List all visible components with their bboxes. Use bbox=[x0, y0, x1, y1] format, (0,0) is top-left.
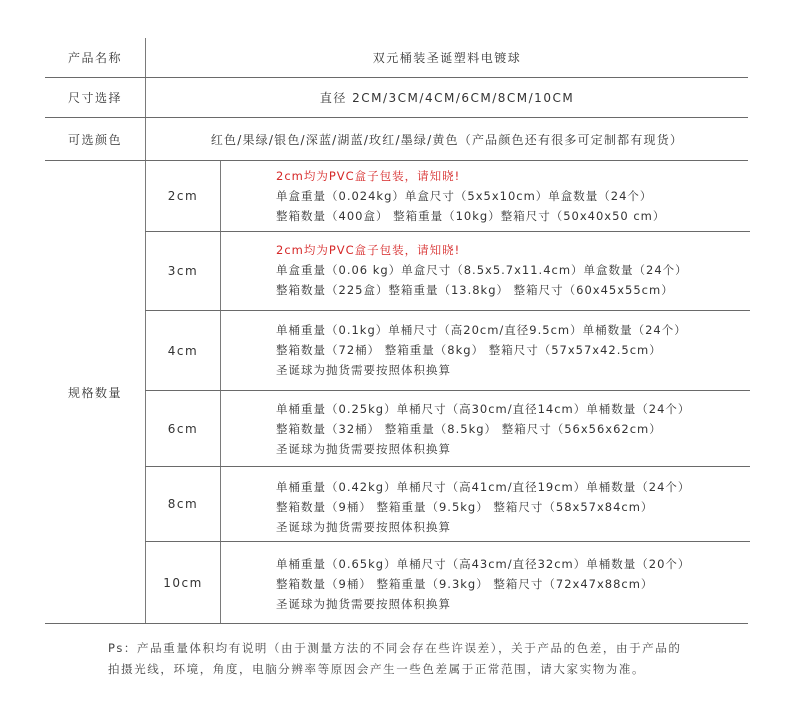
spec-line: 圣诞球为抛货需要按照体积换算 bbox=[276, 594, 690, 614]
spec-line: 单桶重量（0.25kg）单桶尺寸（高30cm/直径14cm）单桶数量（24个） bbox=[276, 399, 690, 419]
spec-size-10cm: 10cm bbox=[146, 542, 220, 623]
spec-line: 单盒重量（0.024kg）单盒尺寸（5x5x10cm）单盒数量（24个） bbox=[276, 186, 665, 206]
spec-size-6cm: 6cm bbox=[146, 391, 220, 466]
spec-line: 圣诞球为抛货需要按照体积换算 bbox=[276, 360, 687, 380]
spec-line: 整箱数量（225盒）整箱重量（13.8kg） 整箱尺寸（60x45x55cm） bbox=[276, 280, 688, 300]
spec-details-8cm: 单桶重量（0.42kg）单桶尺寸（高41cm/直径19cm）单桶数量（24个） … bbox=[276, 477, 690, 537]
spec-line: 单桶重量（0.1kg）单桶尺寸（高20cm/直径9.5cm）单桶数量（24个） bbox=[276, 320, 687, 340]
spec-line: 单桶重量（0.65kg）单桶尺寸（高43cm/直径32cm）单桶数量（20个） bbox=[276, 554, 690, 574]
row-divider bbox=[145, 390, 750, 391]
spec-details-6cm: 单桶重量（0.25kg）单桶尺寸（高30cm/直径14cm）单桶数量（24个） … bbox=[276, 399, 690, 459]
spec-details-10cm: 单桶重量（0.65kg）单桶尺寸（高43cm/直径32cm）单桶数量（20个） … bbox=[276, 554, 690, 614]
row-label-specs: 规格数量 bbox=[45, 161, 145, 623]
spec-size-2cm: 2cm bbox=[146, 161, 220, 231]
spec-line: 圣诞球为抛货需要按照体积换算 bbox=[276, 517, 690, 537]
spec-details-4cm: 单桶重量（0.1kg）单桶尺寸（高20cm/直径9.5cm）单桶数量（24个） … bbox=[276, 320, 687, 380]
row-label-colors: 可选颜色 bbox=[45, 118, 145, 160]
packaging-warning: 2cm均为PVC盒子包装，请知晓! bbox=[276, 240, 688, 260]
disclaimer-line-2: 拍摄光线，环境，角度，电脑分辨率等原因会产生一些色差属于正常范围，请大家实物为准… bbox=[108, 659, 681, 680]
table-col-divider-size bbox=[220, 160, 221, 623]
row-label-product-name: 产品名称 bbox=[45, 38, 145, 77]
spec-line: 整箱数量（400盒） 整箱重量（10kg）整箱尺寸（50x40x50 cm） bbox=[276, 206, 665, 226]
packaging-warning: 2cm均为PVC盒子包装，请知晓! bbox=[276, 166, 665, 186]
disclaimer-line-1: Ps：产品重量体积均有说明（由于测量方法的不同会存在些许误差），关于产品的色差，… bbox=[108, 638, 681, 659]
spec-line: 单盒重量（0.06 kg）单盒尺寸（8.5x5.7x11.4cm）单盒数量（24… bbox=[276, 260, 688, 280]
spec-size-8cm: 8cm bbox=[146, 467, 220, 541]
row-divider bbox=[145, 541, 750, 542]
spec-line: 整箱数量（32桶） 整箱重量（8.5kg） 整箱尺寸（56x56x62cm） bbox=[276, 419, 690, 439]
spec-line: 圣诞球为抛货需要按照体积换算 bbox=[276, 439, 690, 459]
row-label-size-options: 尺寸选择 bbox=[45, 78, 145, 117]
spec-details-2cm: 2cm均为PVC盒子包装，请知晓! 单盒重量（0.024kg）单盒尺寸（5x5x… bbox=[276, 166, 665, 226]
row-divider bbox=[145, 466, 750, 467]
spec-line: 整箱数量（9桶） 整箱重量（9.5kg） 整箱尺寸（58x57x84cm） bbox=[276, 497, 690, 517]
spec-line: 整箱数量（72桶） 整箱重量（8kg） 整箱尺寸（57x57x42.5cm） bbox=[276, 340, 687, 360]
product-name-value: 双元桶装圣诞塑料电镀球 bbox=[146, 38, 748, 77]
spec-size-4cm: 4cm bbox=[146, 311, 220, 390]
row-divider bbox=[145, 231, 750, 232]
disclaimer-note: Ps：产品重量体积均有说明（由于测量方法的不同会存在些许误差），关于产品的色差，… bbox=[108, 638, 681, 680]
spec-line: 整箱数量（9桶） 整箱重量（9.3kg） 整箱尺寸（72x47x88cm） bbox=[276, 574, 690, 594]
row-divider bbox=[45, 623, 748, 624]
spec-details-3cm: 2cm均为PVC盒子包装，请知晓! 单盒重量（0.06 kg）单盒尺寸（8.5x… bbox=[276, 240, 688, 300]
row-divider bbox=[145, 310, 750, 311]
colors-value: 红色/果绿/银色/深蓝/湖蓝/玫红/墨绿/黄色（产品颜色还有很多可定制都有现货） bbox=[146, 118, 748, 160]
spec-size-3cm: 3cm bbox=[146, 232, 220, 310]
size-options-value: 直径 2CM/3CM/4CM/6CM/8CM/10CM bbox=[146, 78, 748, 117]
spec-line: 单桶重量（0.42kg）单桶尺寸（高41cm/直径19cm）单桶数量（24个） bbox=[276, 477, 690, 497]
